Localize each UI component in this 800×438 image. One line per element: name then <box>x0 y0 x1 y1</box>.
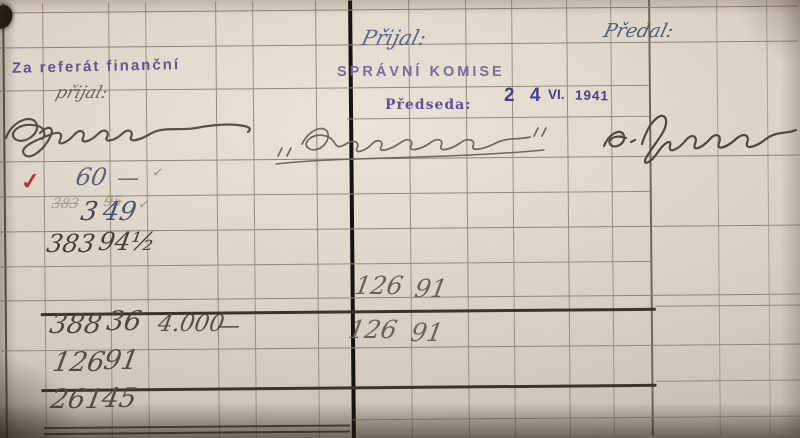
content-layer: Za referát finanční SPRÁVNÍ KOMISE Předs… <box>0 0 800 438</box>
signature-right-pencil <box>596 98 800 170</box>
signature-left-pencil <box>0 100 258 162</box>
pencil-tick-row-60: ✓ <box>151 165 165 180</box>
pencil-tick-row-49: ✓ <box>137 197 151 212</box>
handwritten-predal-ink: Předal: <box>602 22 676 41</box>
amount-388: 388 <box>48 311 104 338</box>
cents-45: 45 <box>100 385 139 412</box>
red-check-mark: ✓ <box>19 169 42 193</box>
mid-amount-126-a: 126 <box>353 273 405 298</box>
mid-amount-126-b: 126 <box>347 317 399 342</box>
amount-383: 383 <box>45 231 97 256</box>
amount-126: 126 <box>51 349 107 376</box>
cents-49: 49 <box>101 199 139 225</box>
cents-91: 91 <box>102 347 141 374</box>
amount-261: 261 <box>49 386 105 413</box>
stamp-spravni-komise: SPRÁVNÍ KOMISE <box>337 65 505 80</box>
stamp-predseda: Předseda: <box>385 98 471 112</box>
amount-60: 60 <box>74 165 109 189</box>
mid-cents-91-a: 91 <box>413 276 449 301</box>
photo-corner-artifact <box>0 2 16 32</box>
handwritten-prijal-ink: Přijal: <box>359 28 428 49</box>
amount-383-faint: 383 <box>51 197 80 211</box>
stamp-date-month: VI. <box>548 88 565 102</box>
amount-3: 3 <box>79 199 100 225</box>
stamp-date-day: 2 4 <box>504 86 545 105</box>
mid-cents-91-b: 91 <box>409 320 445 345</box>
cents-36: 36 <box>105 308 144 335</box>
note-4000-dash: — <box>215 315 242 338</box>
cents-94half: 94½ <box>97 229 157 254</box>
scanned-ledger-photo: Za referát finanční SPRÁVNÍ KOMISE Předs… <box>0 0 800 438</box>
stamp-za-referat: Za referát finanční <box>12 57 180 76</box>
cents-dash-60: — <box>115 168 141 190</box>
signature-middle-pencil <box>270 112 555 172</box>
